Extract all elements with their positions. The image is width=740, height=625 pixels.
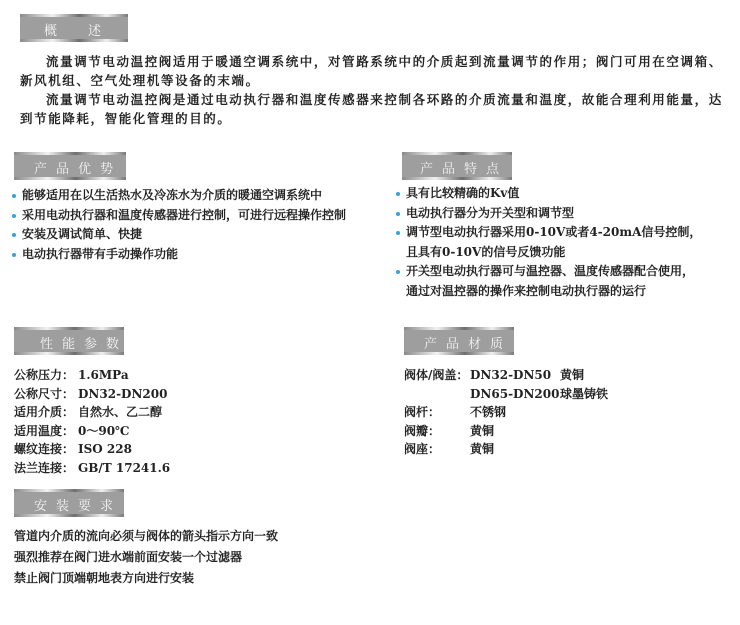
bullet-icon	[396, 270, 400, 274]
advantages-list: 能够适用在以生活热水及冷冻水为介质的暖通空调系统中 采用电动执行器和温度传感器进…	[12, 186, 346, 264]
installation-header: 安装要求	[14, 489, 124, 517]
overview-header: 概 述	[20, 14, 128, 42]
spec-row: 适用温度：0～90℃	[14, 422, 170, 441]
spec-row: 适用介质：自然水、乙二醇	[14, 403, 170, 422]
parameters-title: 性能参数	[40, 333, 128, 352]
materials-title: 产品材质	[424, 333, 512, 352]
bullet-icon	[12, 214, 16, 218]
overview-paragraph-1: 流量调节电动温控阀适用于暖通空调系统中，对管路系统中的介质起到流量调节的作用；阀…	[20, 52, 732, 90]
features-list: 具有比较精确的Kv值 电动执行器分为开关型和调节型 调节型电动执行器采用0-10…	[396, 184, 701, 301]
parameters-header: 性能参数	[14, 327, 124, 355]
material-row: 阀座：黄铜	[404, 440, 608, 459]
list-item: 开关型电动执行器可与温控器、温度传感器配合使用，通过对温控器的操作来控制电动执行…	[396, 262, 701, 301]
bullet-icon	[396, 231, 400, 235]
advantages-title: 产品优势	[34, 158, 122, 177]
list-item: 调节型电动执行器采用0-10V或者4-20mA信号控制，且具有0-10V的信号反…	[396, 223, 701, 262]
bullet-icon	[396, 212, 400, 216]
list-item: 能够适用在以生活热水及冷冻水为介质的暖通空调系统中	[12, 186, 346, 206]
list-item: 安装及调试简单、快捷	[12, 225, 346, 245]
material-row: 阀杆：不锈钢	[404, 403, 608, 422]
overview-title: 概 述	[44, 20, 110, 39]
installation-list: 管道内介质的流向必须与阀体的箭头指示方向一致 强烈推荐在阀门进水端前面安装一个过…	[14, 526, 278, 589]
bullet-icon	[12, 253, 16, 257]
material-row: 阀体/阀盖：DN32-DN50黄铜	[404, 366, 608, 385]
material-row: DN65-DN200球墨铸铁	[404, 385, 608, 404]
material-row: 阀瓣：黄铜	[404, 422, 608, 441]
list-item: 强烈推荐在阀门进水端前面安装一个过滤器	[14, 547, 278, 568]
list-item: 电动执行器带有手动操作功能	[12, 245, 346, 265]
bullet-icon	[12, 233, 16, 237]
overview-paragraph-2: 流量调节电动温控阀是通过电动执行器和温度传感器来控制各环路的介质流量和温度，故能…	[20, 90, 732, 128]
list-item: 采用电动执行器和温度传感器进行控制，可进行远程操作控制	[12, 206, 346, 226]
bullet-icon	[396, 192, 400, 196]
spec-row: 公称压力：1.6MPa	[14, 366, 170, 385]
spec-row: 螺纹连接：ISO 228	[14, 440, 170, 459]
list-item: 具有比较精确的Kv值	[396, 184, 701, 204]
advantages-header: 产品优势	[14, 152, 126, 180]
features-header: 产品特点	[402, 152, 512, 180]
bullet-icon	[12, 194, 16, 198]
parameters-table: 公称压力：1.6MPa 公称尺寸：DN32-DN200 适用介质：自然水、乙二醇…	[14, 366, 170, 477]
installation-title: 安装要求	[34, 495, 122, 514]
materials-header: 产品材质	[404, 327, 514, 355]
list-item: 电动执行器分为开关型和调节型	[396, 204, 701, 224]
materials-table: 阀体/阀盖：DN32-DN50黄铜 DN65-DN200球墨铸铁 阀杆：不锈钢 …	[404, 366, 608, 459]
features-title: 产品特点	[420, 158, 508, 177]
spec-row: 法兰连接：GB/T 17241.6	[14, 459, 170, 478]
list-item: 禁止阀门顶端朝地表方向进行安装	[14, 568, 278, 589]
list-item: 管道内介质的流向必须与阀体的箭头指示方向一致	[14, 526, 278, 547]
spec-row: 公称尺寸：DN32-DN200	[14, 385, 170, 404]
